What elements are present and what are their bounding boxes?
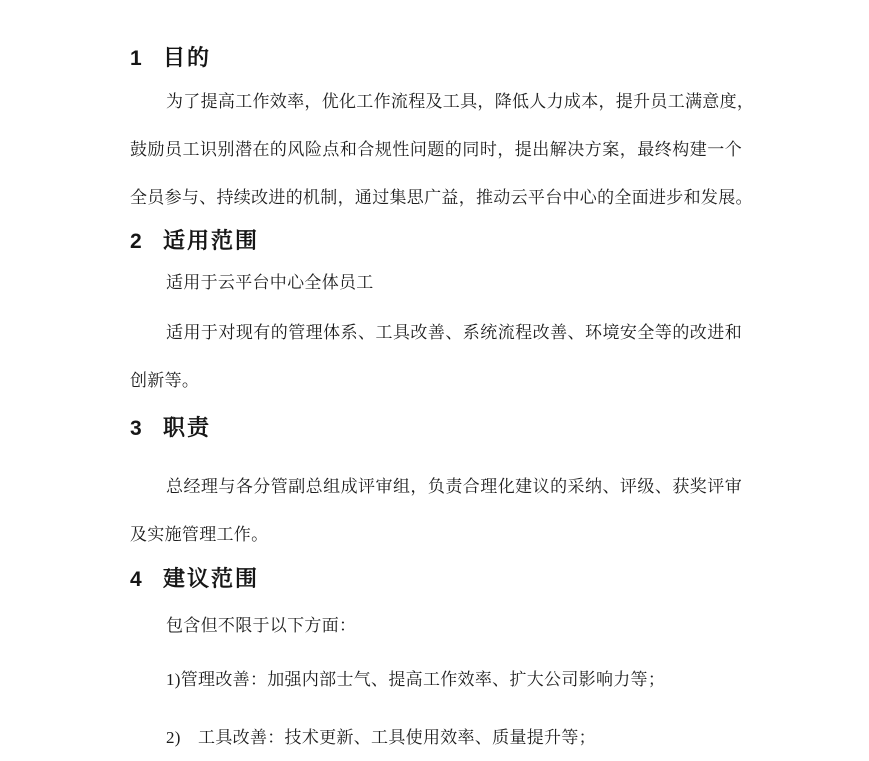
text-line: 创新等。 — [130, 357, 742, 405]
text-line: 适用于对现有的管理体系、工具改善、系统流程改善、环境安全等的改进和 — [130, 309, 742, 357]
paragraph: 适用于云平台中心全体员工 — [130, 259, 742, 307]
text-line: 适用于云平台中心全体员工 — [130, 259, 742, 307]
paragraph: 为了提高工作效率，优化工作流程及工具，降低人力成本，提升员工满意度， 鼓励员工识… — [130, 78, 742, 222]
paragraph: 总经理与各分管副总组成评审组，负责合理化建议的采纳、评级、获奖评审 及实施管理工… — [130, 463, 742, 559]
section-purpose: 1目的 为了提高工作效率，优化工作流程及工具，降低人力成本，提升员工满意度， 鼓… — [130, 43, 742, 222]
section-heading: 1目的 — [130, 43, 742, 74]
text-line: 全员参与、持续改进的机制，通过集思广益，推动云平台中心的全面进步和发展。 — [130, 174, 742, 222]
text-line: 2) 工具改善：技术更新、工具使用效率、质量提升等； — [130, 714, 742, 761]
section-responsibilities: 3职责 总经理与各分管副总组成评审组，负责合理化建议的采纳、评级、获奖评审 及实… — [130, 413, 742, 559]
section-title: 适用范围 — [163, 228, 259, 253]
document-page: 1目的 为了提高工作效率，优化工作流程及工具，降低人力成本，提升员工满意度， 鼓… — [0, 0, 869, 761]
list-item-management: 1)管理改善：加强内部士气、提高工作效率、扩大公司影响力等； — [130, 656, 742, 704]
text-line: 及实施管理工作。 — [130, 511, 742, 559]
text-line: 包含但不限于以下方面： — [130, 602, 742, 650]
section-scope: 2适用范围 适用于云平台中心全体员工 适用于对现有的管理体系、工具改善、系统流程… — [130, 226, 742, 405]
section-number: 1 — [130, 44, 163, 74]
section-heading: 4建议范围 — [130, 564, 742, 595]
section-title: 职责 — [163, 415, 211, 440]
text-line: 总经理与各分管副总组成评审组，负责合理化建议的采纳、评级、获奖评审 — [130, 463, 742, 511]
text-line: 为了提高工作效率，优化工作流程及工具，降低人力成本，提升员工满意度， — [130, 78, 742, 126]
list-item-tools: 2) 工具改善：技术更新、工具使用效率、质量提升等； — [130, 714, 742, 761]
section-title: 目的 — [163, 45, 211, 70]
section-number: 4 — [130, 565, 163, 595]
paragraph: 适用于对现有的管理体系、工具改善、系统流程改善、环境安全等的改进和 创新等。 — [130, 309, 742, 405]
section-number: 3 — [130, 414, 163, 444]
section-title: 建议范围 — [163, 566, 259, 591]
section-heading: 3职责 — [130, 413, 742, 444]
section-number: 2 — [130, 227, 163, 257]
section-suggestion-scope: 4建议范围 包含但不限于以下方面： 1)管理改善：加强内部士气、提高工作效率、扩… — [130, 564, 742, 761]
text-line: 鼓励员工识别潜在的风险点和合规性问题的同时，提出解决方案，最终构建一个 — [130, 126, 742, 174]
text-line: 1)管理改善：加强内部士气、提高工作效率、扩大公司影响力等； — [130, 656, 742, 704]
paragraph: 包含但不限于以下方面： — [130, 602, 742, 650]
section-heading: 2适用范围 — [130, 226, 742, 257]
